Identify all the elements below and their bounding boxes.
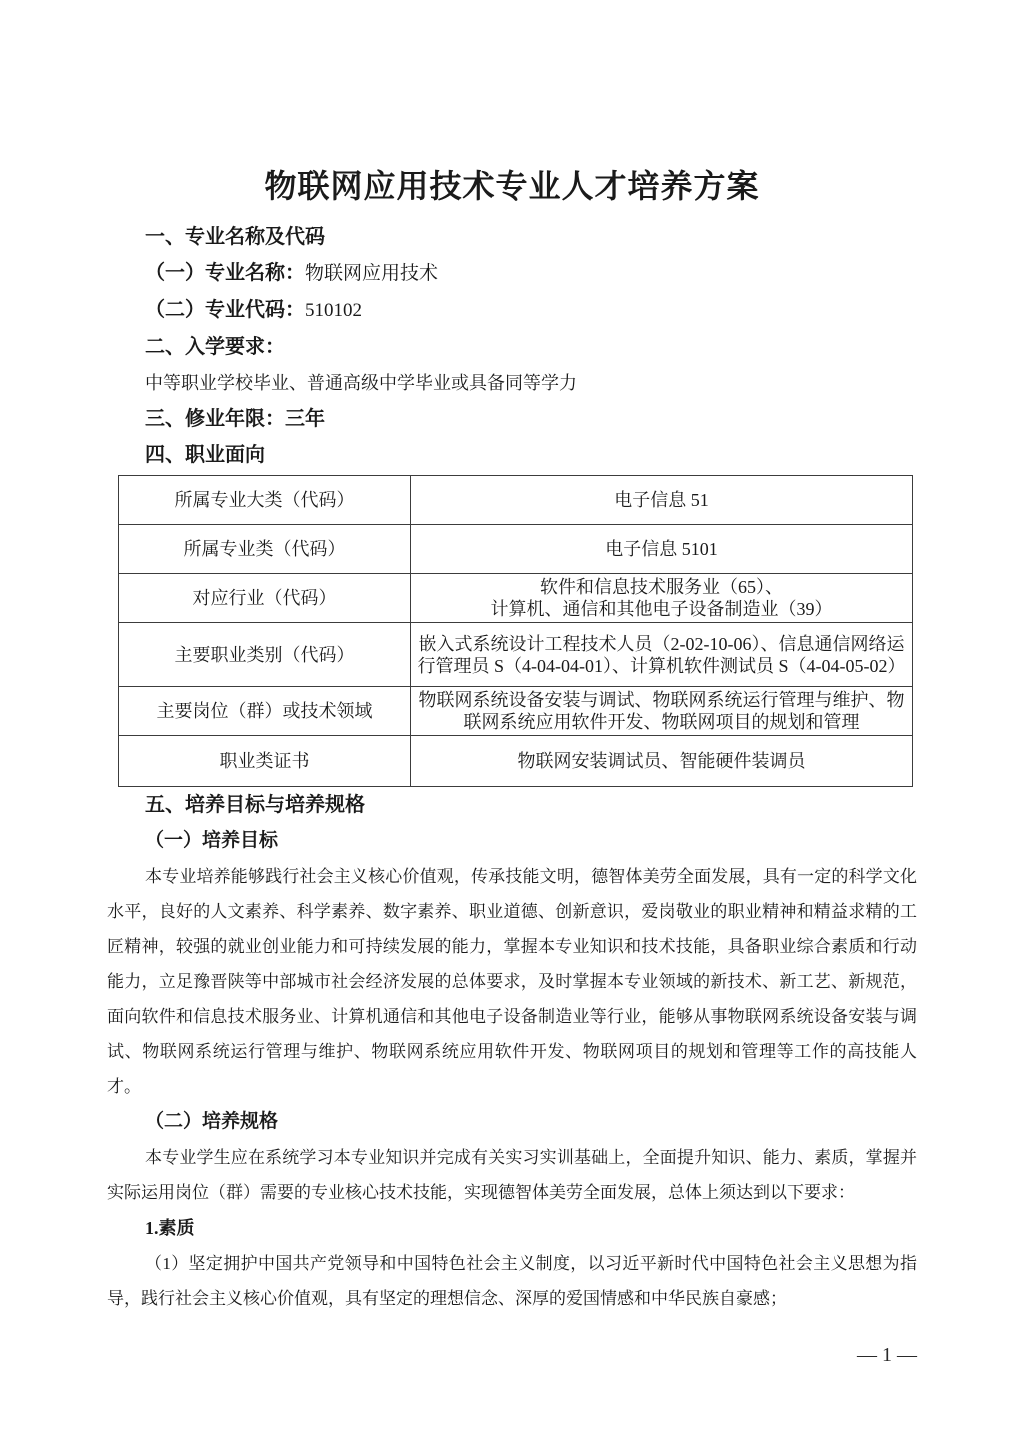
document-page: 物联网应用技术专业人才培养方案 一、专业名称及代码 （一）专业名称：物联网应用技… bbox=[0, 0, 1024, 1448]
table-row: 职业类证书 物联网安装调试员、智能硬件装调员 bbox=[119, 736, 913, 787]
heading-section-4: 四、职业面向 bbox=[107, 437, 917, 473]
quality-heading: 1.素质 bbox=[107, 1210, 917, 1246]
page-title: 物联网应用技术专业人才培养方案 bbox=[107, 163, 917, 209]
row-label: 主要职业类别（代码） bbox=[119, 623, 411, 687]
page-number: — 1 — bbox=[107, 1343, 917, 1367]
row-label: 主要岗位（群）或技术领域 bbox=[119, 687, 411, 736]
heading-section-5: 五、培养目标与培养规格 bbox=[107, 787, 917, 823]
row-label: 职业类证书 bbox=[119, 736, 411, 787]
table-row: 对应行业（代码） 软件和信息技术服务业（65）、 计算机、通信和其他电子设备制造… bbox=[119, 574, 913, 623]
heading-section-3: 三、修业年限：三年 bbox=[107, 401, 917, 437]
row-value: 物联网系统设备安装与调试、物联网系统运行管理与维护、物联网系统应用软件开发、物联… bbox=[411, 687, 913, 736]
subheading-training-objective: （一）培养目标 bbox=[107, 823, 917, 859]
major-code-label: （二）专业代码： bbox=[145, 299, 305, 321]
heading-section-2: 二、入学要求： bbox=[107, 329, 917, 365]
training-specification-paragraph: 本专业学生应在系统学习本专业知识并完成有关实习实训基础上，全面提升知识、能力、素… bbox=[107, 1140, 917, 1210]
major-name-value: 物联网应用技术 bbox=[305, 263, 438, 284]
row-value: 物联网安装调试员、智能硬件装调员 bbox=[411, 736, 913, 787]
table-row: 所属专业大类（代码） 电子信息 51 bbox=[119, 476, 913, 525]
entry-requirement-text: 中等职业学校毕业、普通高级中学毕业或具备同等学力 bbox=[107, 365, 917, 401]
row-label: 对应行业（代码） bbox=[119, 574, 411, 623]
row-value: 嵌入式系统设计工程技术人员（2-02-10-06）、信息通信网络运行管理员 S（… bbox=[411, 623, 913, 687]
row-value: 电子信息 5101 bbox=[411, 525, 913, 574]
training-objective-paragraph: 本专业培养能够践行社会主义核心价值观，传承技能文明，德智体美劳全面发展，具有一定… bbox=[107, 859, 917, 1104]
table-row: 主要岗位（群）或技术领域 物联网系统设备安装与调试、物联网系统运行管理与维护、物… bbox=[119, 687, 913, 736]
row-value: 电子信息 51 bbox=[411, 476, 913, 525]
table-row: 所属专业类（代码） 电子信息 5101 bbox=[119, 525, 913, 574]
career-table: 所属专业大类（代码） 电子信息 51 所属专业类（代码） 电子信息 5101 对… bbox=[118, 475, 913, 787]
row-value: 软件和信息技术服务业（65）、 计算机、通信和其他电子设备制造业（39） bbox=[411, 574, 913, 623]
major-code-value: 510102 bbox=[305, 300, 362, 321]
table-row: 主要职业类别（代码） 嵌入式系统设计工程技术人员（2-02-10-06）、信息通… bbox=[119, 623, 913, 687]
row-label: 所属专业类（代码） bbox=[119, 525, 411, 574]
subheading-training-specification: （二）培养规格 bbox=[107, 1104, 917, 1140]
item-major-name: （一）专业名称：物联网应用技术 bbox=[107, 255, 917, 292]
item-major-code: （二）专业代码：510102 bbox=[107, 292, 917, 329]
major-name-label: （一）专业名称： bbox=[145, 262, 305, 284]
heading-section-1: 一、专业名称及代码 bbox=[107, 219, 917, 255]
page-content: 物联网应用技术专业人才培养方案 一、专业名称及代码 （一）专业名称：物联网应用技… bbox=[107, 0, 917, 1316]
row-label: 所属专业大类（代码） bbox=[119, 476, 411, 525]
quality-item-1: （1）坚定拥护中国共产党领导和中国特色社会主义制度，以习近平新时代中国特色社会主… bbox=[107, 1246, 917, 1316]
